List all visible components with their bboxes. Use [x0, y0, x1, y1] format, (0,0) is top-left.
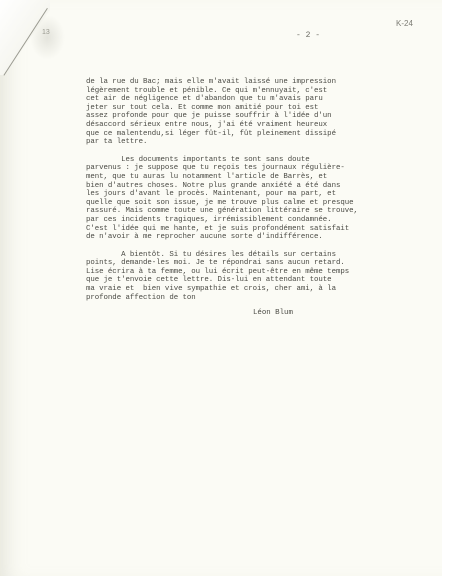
text-line: assez profonde pour que je puisse souffr… [86, 112, 406, 121]
text-line: de la rue du Bac; mais elle m'avait lais… [86, 78, 406, 87]
paragraph-1: de la rue du Bac; mais elle m'avait lais… [86, 78, 406, 147]
signature: Léon Blum [253, 309, 293, 317]
text-line: que ce malentendu,si léger fût-il, fût p… [86, 130, 406, 139]
scan-margin [442, 0, 450, 576]
text-line: quelle que soit son issue, je me trouve … [86, 199, 406, 208]
text-line: désaccord sérieux entre nous, j'ai été v… [86, 121, 406, 130]
text-line: par ces incidents tragiques, irrémissibl… [86, 216, 406, 225]
corner-annotation: 13 [42, 29, 50, 36]
text-line: Lise écrira à ta femme, ou lui écrit peu… [86, 268, 406, 277]
text-line: Les documents importants te sont sans do… [86, 156, 406, 165]
text-line: rassuré. Mais comme toute une génération… [86, 207, 406, 216]
text-line: les jours d'avant le procès. Maintenant,… [86, 190, 406, 199]
letter-body: de la rue du Bac; mais elle m'avait lais… [86, 78, 406, 302]
text-line: par ta lettre. [86, 138, 406, 147]
corner-smudge [30, 15, 65, 60]
paragraph-3: A bientôt. Si tu désires les détails sur… [86, 251, 406, 303]
text-line: jeter sur tout cela. Et comme mon amitié… [86, 104, 406, 113]
letter-page: 13 K-24 - 2 - de la rue du Bac; mais ell… [0, 0, 442, 576]
page-number: - 2 - [296, 31, 320, 40]
paragraph-2: Les documents importants te sont sans do… [86, 156, 406, 242]
text-line: que je t'envoie cette lettre. Dis-lui en… [86, 276, 406, 285]
text-line: ma vraie et bien vive sympathie et crois… [86, 285, 406, 294]
paragraph-gap [86, 242, 406, 251]
text-line: parvenus : je suppose que tu reçois tes … [86, 164, 406, 173]
text-line: de n'avoir à me reprocher aucune sorte d… [86, 233, 406, 242]
paragraph-gap [86, 147, 406, 156]
text-line: A bientôt. Si tu désires les détails sur… [86, 251, 406, 260]
text-line: profonde affection de ton [86, 294, 406, 303]
text-line: C'est l'idée qui me hante, et je suis pr… [86, 225, 406, 234]
archive-reference: K-24 [396, 19, 413, 28]
text-line: bien d'autres choses. Notre plus grande … [86, 182, 406, 191]
text-line: ment, que tu auras lu notamment l'articl… [86, 173, 406, 182]
text-line: points, demande-les moi. Je te répondrai… [86, 259, 406, 268]
text-line: légèrement trouble et pénible. Ce qui m'… [86, 87, 406, 96]
text-line: cet air de négligence et d'abandon que t… [86, 95, 406, 104]
